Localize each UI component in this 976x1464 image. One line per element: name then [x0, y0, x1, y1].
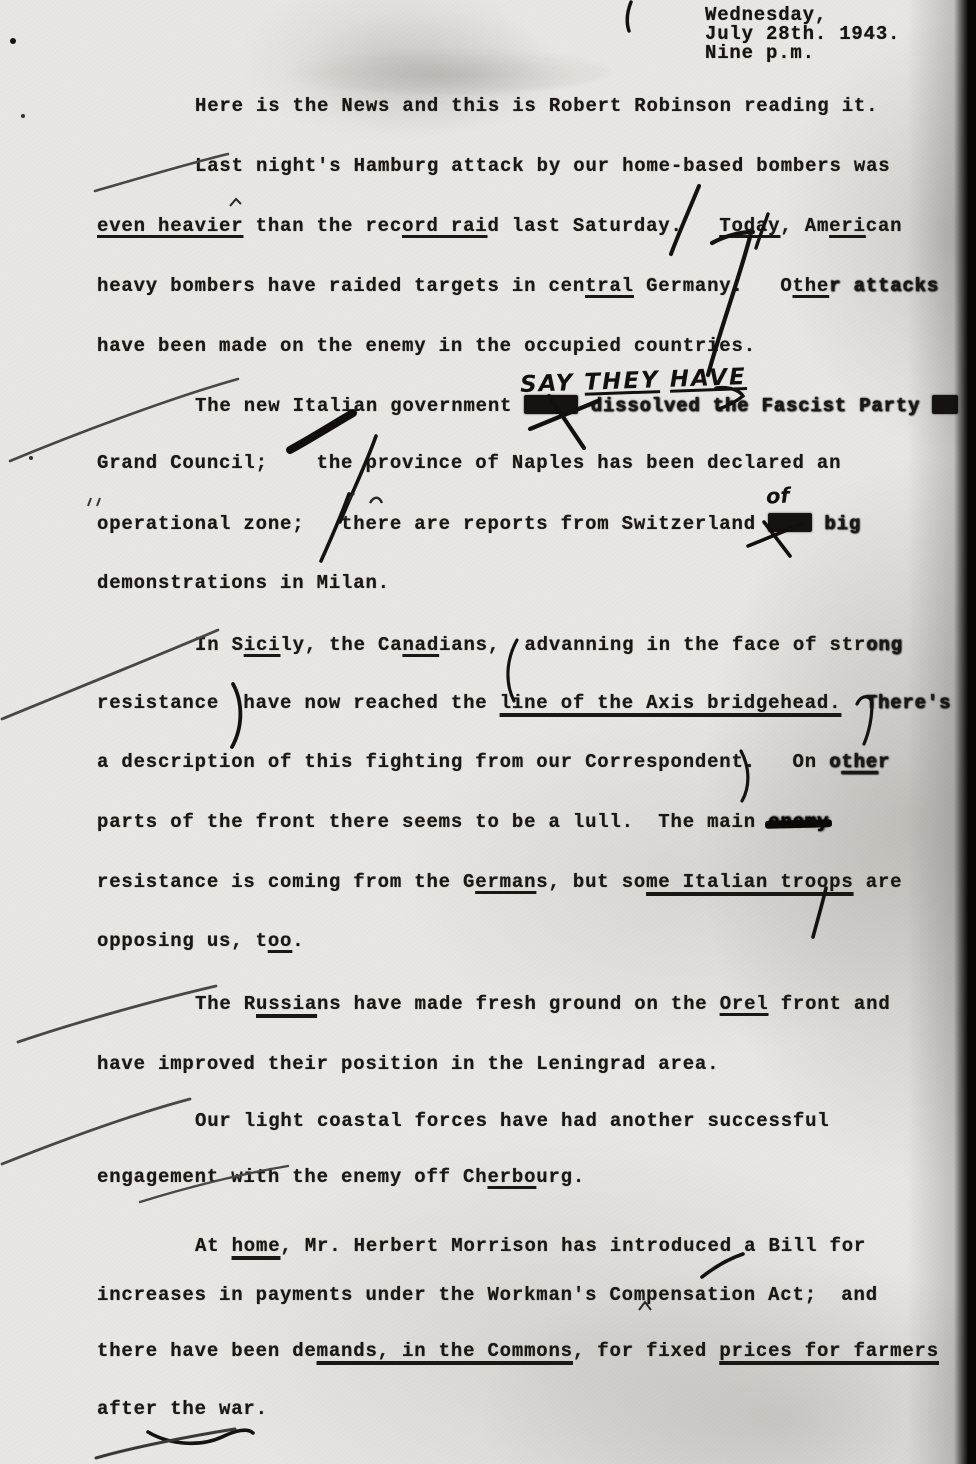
ink-speck — [10, 38, 16, 44]
script-line: resistance is coming from the Germans, b… — [97, 871, 902, 893]
text-segment: the — [841, 751, 878, 773]
handwritten-word: HAVE — [669, 364, 747, 393]
text-segment: At — [195, 1235, 232, 1257]
text-segment: me Italian troops — [646, 871, 853, 893]
script-line: have improved their position in the Leni… — [97, 1053, 719, 1075]
script-line: increases in payments under the Workman'… — [97, 1284, 878, 1306]
text-segment: heavy bombers have raided targets in cen — [97, 275, 585, 297]
text-segment: , Am — [780, 215, 829, 237]
text-segment: Here is the News and this is Robert Robi… — [195, 95, 878, 117]
text-segment: . On — [744, 751, 829, 773]
script-line: Last night's Hamburg attack by our home-… — [195, 155, 891, 177]
text-segment: nad — [402, 634, 439, 656]
text-segment: opposing us, t — [97, 930, 268, 952]
text-segment: dissolved the Fascist Party — [578, 395, 932, 417]
pencil-tick — [88, 498, 100, 506]
script-line: resistance have now reached the line of … — [97, 692, 951, 714]
text-segment — [683, 215, 720, 237]
pen-slash — [340, 436, 376, 522]
caret-mark — [344, 493, 382, 506]
text-segment: big — [812, 513, 861, 535]
text-segment: are — [854, 871, 903, 893]
pen-stroke — [290, 413, 353, 450]
ink-speck — [21, 114, 25, 118]
script-line: there have been demands, in the Commons,… — [97, 1340, 939, 1362]
text-segment: r attacks — [829, 275, 939, 297]
script-line: Here is the News and this is Robert Robi… — [195, 95, 878, 117]
text-segment: The R — [195, 993, 256, 1015]
script-line: operational zone; there are reports from… — [97, 513, 861, 535]
text-segment: home — [232, 1235, 281, 1257]
script-line: a description of this fighting from our … — [97, 751, 890, 773]
text-segment: eri — [829, 215, 866, 237]
script-line: The new Italian government dissolved the… — [195, 395, 958, 417]
text-segment: than the rec — [243, 215, 402, 237]
text-segment: after the war. — [97, 1398, 268, 1420]
text-segment: O — [744, 275, 793, 297]
redaction-blob — [768, 513, 812, 532]
script-line: opposing us, too. — [97, 930, 304, 952]
text-segment: Our light coastal forces have had anothe… — [195, 1110, 830, 1132]
text-segment: ussia — [256, 993, 317, 1015]
text-segment: erbo — [487, 1166, 536, 1188]
text-segment: have been made on the enemy in the occup… — [97, 335, 756, 357]
text-segment: ns have made fresh ground on the — [317, 993, 720, 1015]
script-line: At home, Mr. Herbert Morrison has introd… — [195, 1235, 866, 1257]
text-segment: operational zone; there are reports from… — [97, 513, 768, 535]
text-segment: a description of this fighting from our … — [97, 751, 744, 773]
text-segment: resistance — [97, 692, 219, 714]
text-segment: In S — [195, 634, 244, 656]
text-segment: tral — [585, 275, 634, 297]
caret-mark — [230, 199, 241, 206]
handwritten-insertion: SAY THEY HAVE — [520, 364, 748, 398]
pencil-stroke — [2, 1099, 190, 1164]
script-line: The Russians have made fresh ground on t… — [195, 993, 891, 1015]
text-segment: , Mr. Herbert Morrison has introduced a … — [280, 1235, 866, 1257]
text-segment: ly, the Ca — [280, 634, 402, 656]
text-segment: . — [292, 930, 304, 952]
text-segment: Grand Council; the province of Naples ha… — [97, 452, 841, 474]
text-segment: erman — [475, 871, 536, 893]
text-segment: ord rai — [402, 215, 487, 237]
text-segment: Germany. — [634, 275, 744, 297]
script-line: In Sicily, the Canadians, advanning in t… — [195, 634, 903, 656]
text-segment: engagement with the enemy off Ch — [97, 1166, 487, 1188]
text-segment: front and — [769, 993, 891, 1015]
text-segment: the — [793, 275, 830, 297]
text-segment: there have been de — [97, 1340, 317, 1362]
text-segment: , for fixed — [573, 1340, 719, 1362]
pencil-stroke — [18, 986, 216, 1042]
script-line: demonstrations in Milan. — [97, 572, 390, 594]
text-segment: even heavier — [97, 215, 243, 237]
text-segment: urg. — [536, 1166, 585, 1188]
script-line: even heavier than the record raid last S… — [97, 215, 902, 237]
handwritten-word: THEY — [584, 367, 660, 396]
text-segment: increases in payments under the Workman'… — [97, 1284, 878, 1306]
text-segment: d last Saturday. — [487, 215, 682, 237]
dateline-time: Nine p.m. — [705, 42, 815, 64]
text-segment: can — [866, 215, 903, 237]
text-segment: Last night's Hamburg attack by our home-… — [195, 155, 891, 177]
text-segment: line of the Axis bridgehead. — [500, 692, 842, 714]
redaction-blob — [524, 395, 578, 414]
text-segment: o — [829, 751, 841, 773]
pen-stroke — [702, 1254, 743, 1277]
text-segment: oo — [268, 930, 292, 952]
script-line: after the war. — [97, 1398, 268, 1420]
script-line: parts of the front there seems to be a l… — [97, 811, 829, 833]
text-segment: The new Italian government — [195, 395, 524, 417]
scanned-document-page: Wednesday, July 28th. 1943. Nine p.m. He… — [0, 0, 976, 1464]
text-segment: resistance is coming from the G — [97, 871, 475, 893]
script-line: Our light coastal forces have had anothe… — [195, 1110, 830, 1132]
handwritten-word: SAY — [520, 370, 575, 398]
pen-wavy-underline — [148, 1430, 253, 1443]
text-segment: demonstrations in Milan. — [97, 572, 390, 594]
script-line: have been made on the enemy in the occup… — [97, 335, 756, 357]
pencil-stroke — [96, 1429, 235, 1458]
text-segment: There's — [841, 692, 951, 714]
script-line: heavy bombers have raided targets in cen… — [97, 275, 939, 297]
ink-smudge — [280, 48, 610, 94]
ink-speck — [29, 456, 33, 460]
text-segment: s, but so — [536, 871, 646, 893]
handwritten-correction: of — [765, 483, 790, 508]
pen-slash — [813, 888, 826, 937]
text-segment: ong — [866, 634, 903, 656]
text-segment: ians, advanning in the face of str — [439, 634, 866, 656]
script-line: engagement with the enemy off Cherbourg. — [97, 1166, 585, 1188]
text-segment: r — [878, 751, 890, 773]
scan-edge-shadow — [906, 0, 976, 1464]
text-segment: Today — [719, 215, 780, 237]
text-segment: have improved their position in the Leni… — [97, 1053, 719, 1075]
text-segment: enemy — [768, 811, 829, 833]
script-line: Grand Council; the province of Naples ha… — [97, 452, 841, 474]
pencil-stroke — [10, 379, 238, 461]
redaction-blob — [932, 395, 958, 414]
text-segment: parts of the front there seems to be a l… — [97, 811, 768, 833]
scan-edge — [954, 0, 976, 1464]
text-segment: have now reached the — [219, 692, 500, 714]
text-segment: mands, in the Commons — [317, 1340, 573, 1362]
text-segment: prices for farmers — [719, 1340, 939, 1362]
text-segment: Orel — [720, 993, 769, 1015]
text-segment: ici — [244, 634, 281, 656]
pen-stroke — [627, 2, 631, 31]
